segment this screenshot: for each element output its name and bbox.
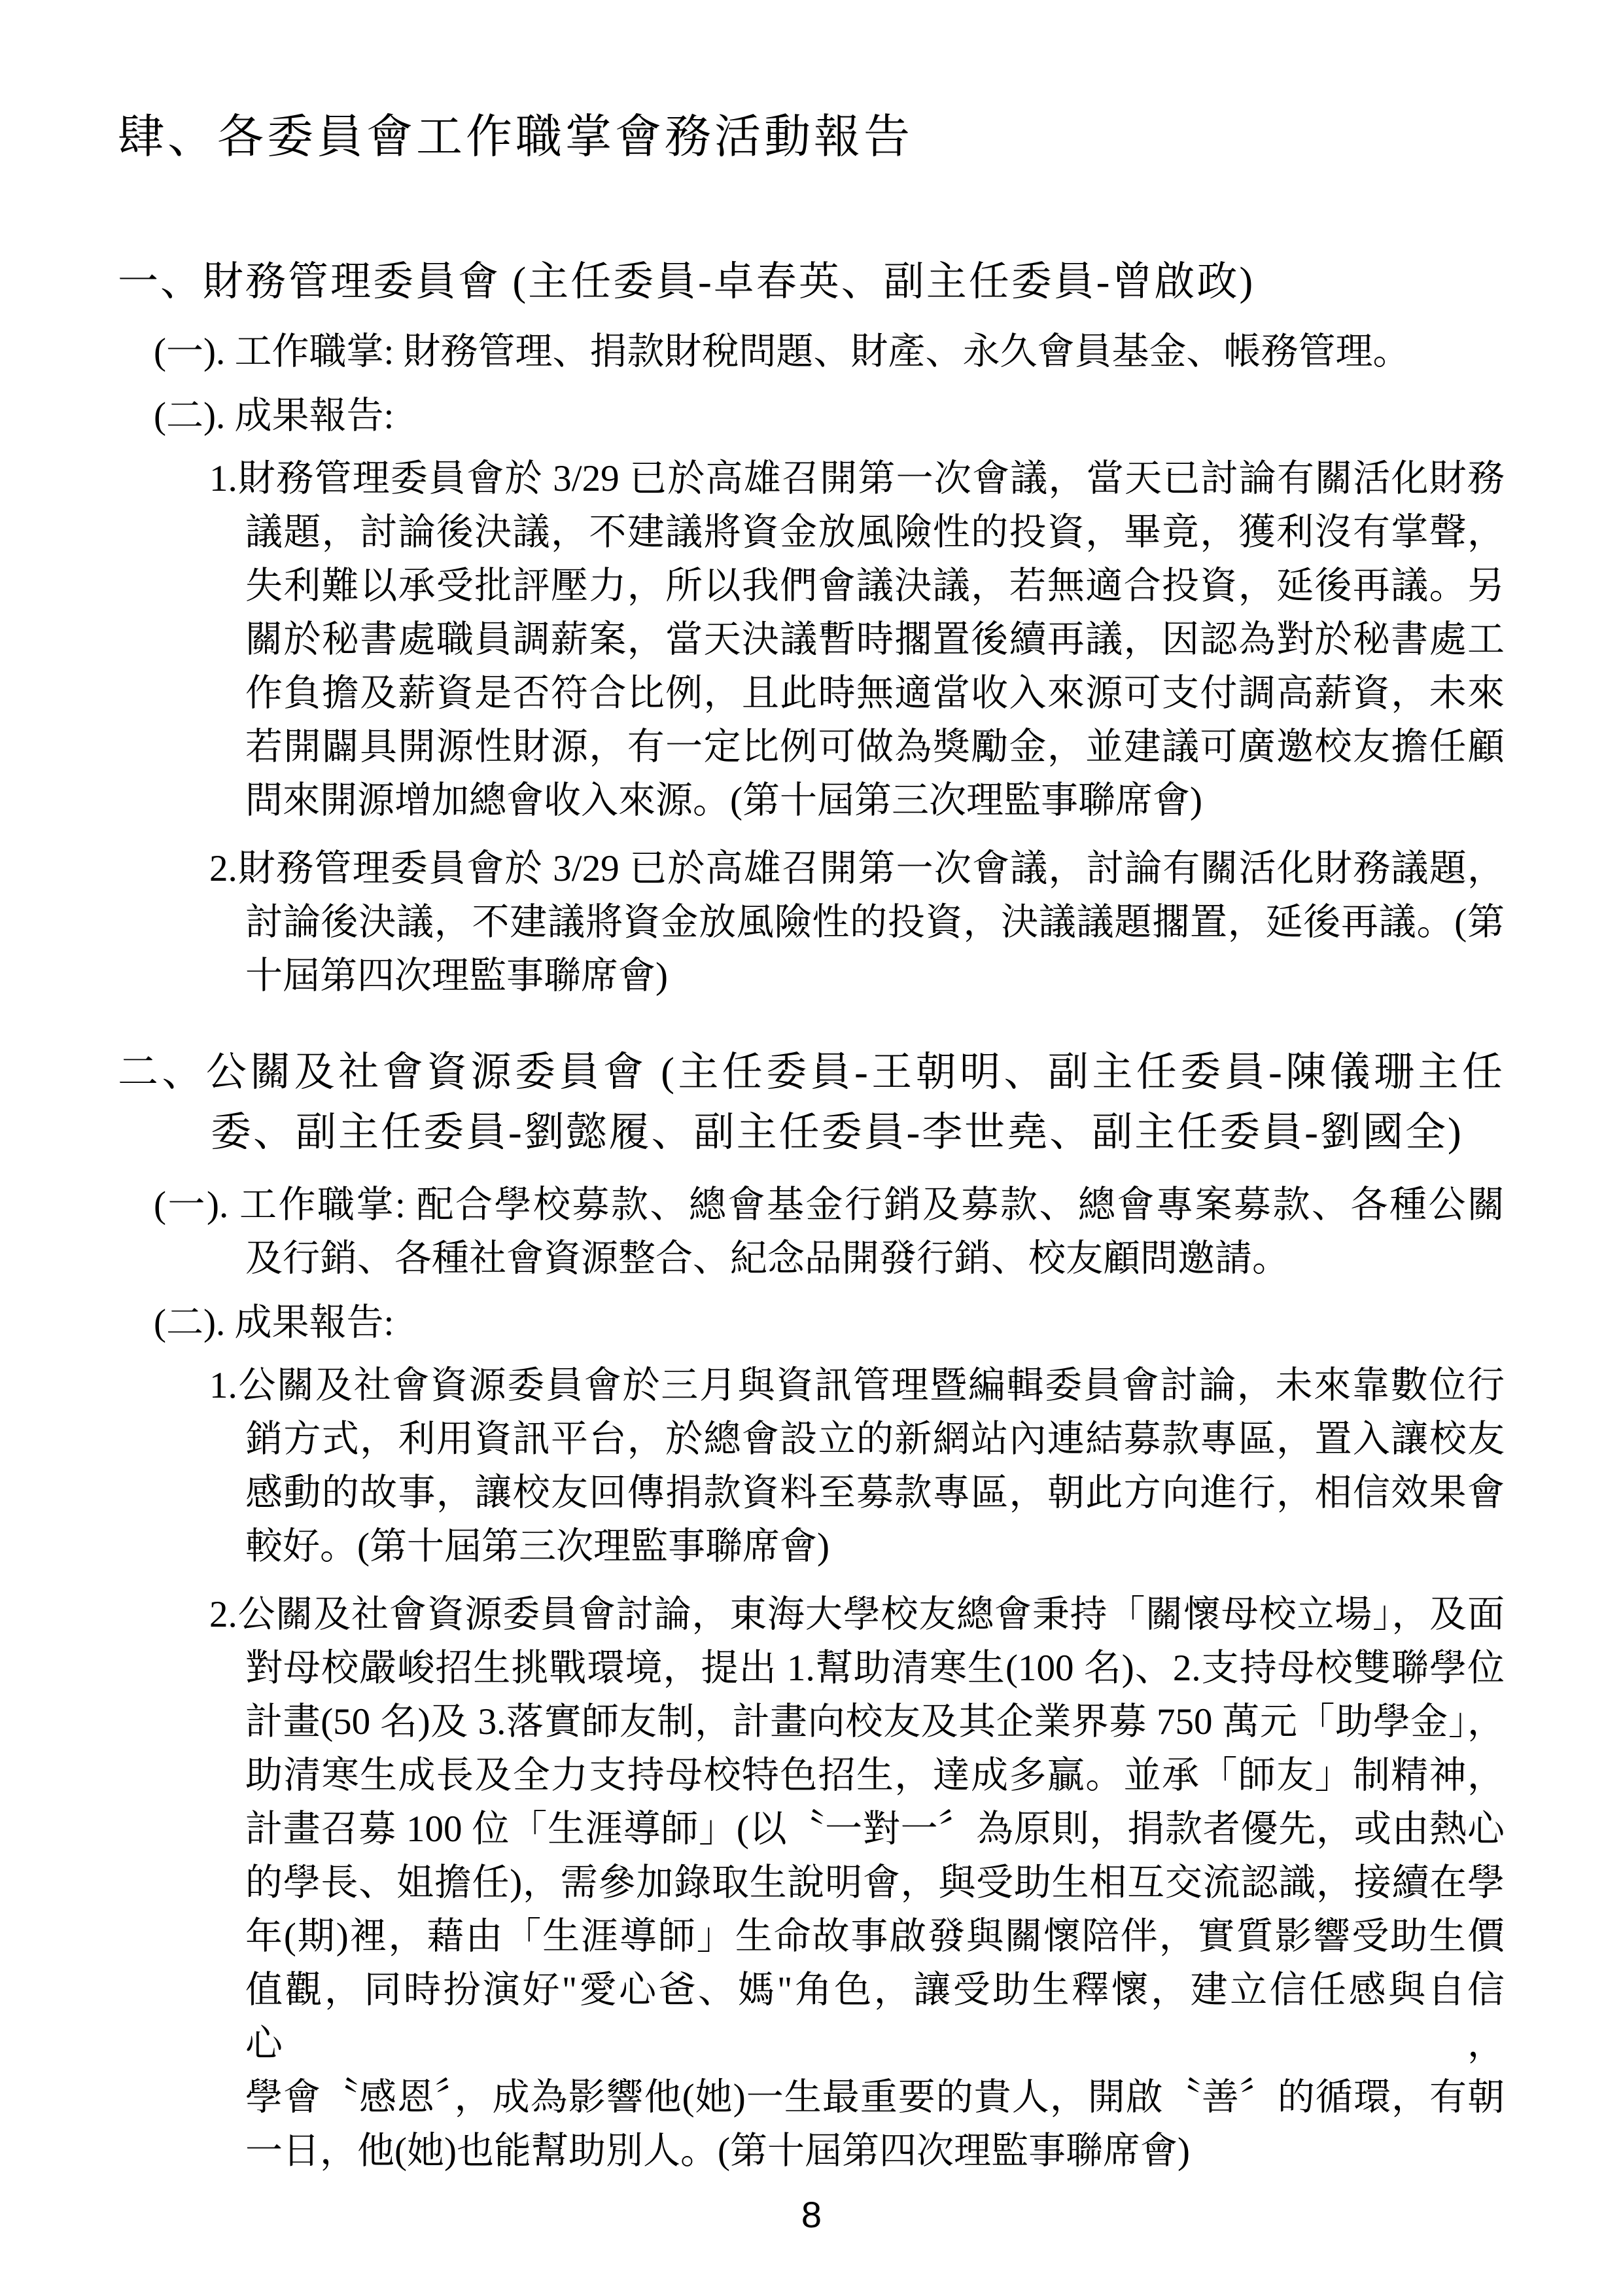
section-1-results-heading: (二). 成果報告: (154, 389, 1623, 443)
text-line: 關於秘書處職員調薪案，當天決議暫時擱置後續再議，因認為對於秘書處工 (245, 613, 1505, 667)
text-line: 1.財務管理委員會於 3/29 已於高雄召開第一次會議，當天已討論有關活化財務 (209, 452, 1505, 506)
text-line: (一). 工作職掌: 財務管理、捐款財稅問題、財產、永久會員基金、帳務管理。 (154, 325, 1505, 379)
text-line: 值觀，同時扮演好"愛心爸、媽"角色，讓受助生釋懷，建立信任感與自信心， (245, 1964, 1505, 2071)
text-line: 感動的故事，讓校友回傳捐款資料至募款專區，朝此方向進行，相信效果會 (245, 1466, 1505, 1520)
text-line: 委、副主任委員-劉懿履、副主任委員-李世堯、副主任委員-劉國全) (211, 1103, 1505, 1163)
text-line: 助清寒生成長及全力支持母校特色招生，達成多贏。並承「師友」制精神， (245, 1749, 1505, 1803)
section-pr-committee: 二、公關及社會資源委員會 (主任委員-王朝明、副主任委員-陳儀珊主任委、副主任委… (0, 1042, 1623, 2178)
text-line: 2.公關及社會資源委員會討論，東海大學校友總會秉持「關懷母校立場」，及面 (209, 1588, 1505, 1642)
text-line: 討論後決議，不建議將資金放風險性的投資，決議議題擱置，延後再議。(第 (245, 896, 1505, 949)
section-2-result-item-2: 2.公關及社會資源委員會討論，東海大學校友總會秉持「關懷母校立場」，及面對母校嚴… (245, 1588, 1505, 2178)
section-2-results-heading: (二). 成果報告: (154, 1296, 1623, 1350)
section-finance-committee: 一、財務管理委員會 (主任委員-卓春英、副主任委員-曾啟政) (一). 工作職掌… (0, 252, 1623, 1003)
text-line: 一日，他(她)也能幫助別人。(第十屆第四次理監事聯席會) (245, 2125, 1505, 2178)
section-1-heading: 一、財務管理委員會 (主任委員-卓春英、副主任委員-曾啟政) (211, 252, 1505, 312)
text-line: 計畫召募 100 位「生涯導師」(以〝一對一〞為原則，捐款者優先，或由熱心 (245, 1803, 1505, 1856)
text-line: 問來開源增加總會收入來源。(第十屆第三次理監事聯席會) (245, 774, 1505, 828)
text-line: 2.財務管理委員會於 3/29 已於高雄召開第一次會議，討論有關活化財務議題， (209, 842, 1505, 896)
text-line: 作負擔及薪資是否符合比例，且此時無適當收入來源可支付調高薪資，未來 (245, 667, 1505, 720)
text-line: 年(期)裡，藉由「生涯導師」生命故事啟發與關懷陪伴，實質影響受助生價 (245, 1910, 1505, 1964)
page-number: 8 (0, 2193, 1623, 2236)
text-line: 計畫(50 名)及 3.落實師友制，計畫向校友及其企業界募 750 萬元「助學金… (245, 1695, 1505, 1749)
text-line: 議題，討論後決議，不建議將資金放風險性的投資，畢竟，獲利沒有掌聲， (245, 506, 1505, 559)
text-line: (一). 工作職掌: 配合學校募款、總會基金行銷及募款、總會專案募款、各種公關 (154, 1178, 1505, 1232)
text-line: 對母校嚴峻招生挑戰環境，提出 1.幫助清寒生(100 名)、2.支持母校雙聯學位 (245, 1642, 1505, 1695)
page-title: 肆、各委員會工作職掌會務活動報告 (118, 0, 1623, 167)
text-line: 銷方式，利用資訊平台，於總會設立的新網站內連結募款專區，置入讓校友 (245, 1413, 1505, 1466)
text-line: 十屆第四次理監事聯席會) (245, 949, 1505, 1003)
section-2-duties-paragraph: (一). 工作職掌: 配合學校募款、總會基金行銷及募款、總會專案募款、各種公關及… (245, 1178, 1505, 1286)
section-2-result-item-1: 1.公關及社會資源委員會於三月與資訊管理暨編輯委員會討論，未來靠數位行銷方式，利… (245, 1359, 1505, 1574)
section-1-result-item-1: 1.財務管理委員會於 3/29 已於高雄召開第一次會議，當天已討論有關活化財務議… (245, 452, 1505, 828)
text-line: 較好。(第十屆第三次理監事聯席會) (245, 1520, 1505, 1574)
section-2-heading: 二、公關及社會資源委員會 (主任委員-王朝明、副主任委員-陳儀珊主任委、副主任委… (211, 1042, 1505, 1163)
section-1-result-item-2: 2.財務管理委員會於 3/29 已於高雄召開第一次會議，討論有關活化財務議題，討… (245, 842, 1505, 1003)
text-line: 的學長、姐擔任)，需參加錄取生說明會，與受助生相互交流認識，接續在學 (245, 1856, 1505, 1910)
text-line: 二、公關及社會資源委員會 (主任委員-王朝明、副主任委員-陳儀珊主任 (118, 1042, 1505, 1103)
text-line: 失利難以承受批評壓力，所以我們會議決議，若無適合投資，延後再議。另 (245, 559, 1505, 613)
text-line: 1.公關及社會資源委員會於三月與資訊管理暨編輯委員會討論，未來靠數位行 (209, 1359, 1505, 1413)
text-line: 一、財務管理委員會 (主任委員-卓春英、副主任委員-曾啟政) (118, 252, 1505, 312)
text-line: 若開闢具開源性財源，有一定比例可做為獎勵金，並建議可廣邀校友擔任顧 (245, 720, 1505, 774)
text-line: 學會〝感恩〞，成為影響他(她)一生最重要的貴人，開啟〝善〞的循環，有朝 (245, 2071, 1505, 2125)
document-page: 肆、各委員會工作職掌會務活動報告 一、財務管理委員會 (主任委員-卓春英、副主任… (0, 0, 1623, 2296)
section-1-duties-paragraph: (一). 工作職掌: 財務管理、捐款財稅問題、財產、永久會員基金、帳務管理。 (245, 325, 1505, 379)
text-line: 及行銷、各種社會資源整合、紀念品開發行銷、校友顧問邀請。 (245, 1232, 1505, 1286)
